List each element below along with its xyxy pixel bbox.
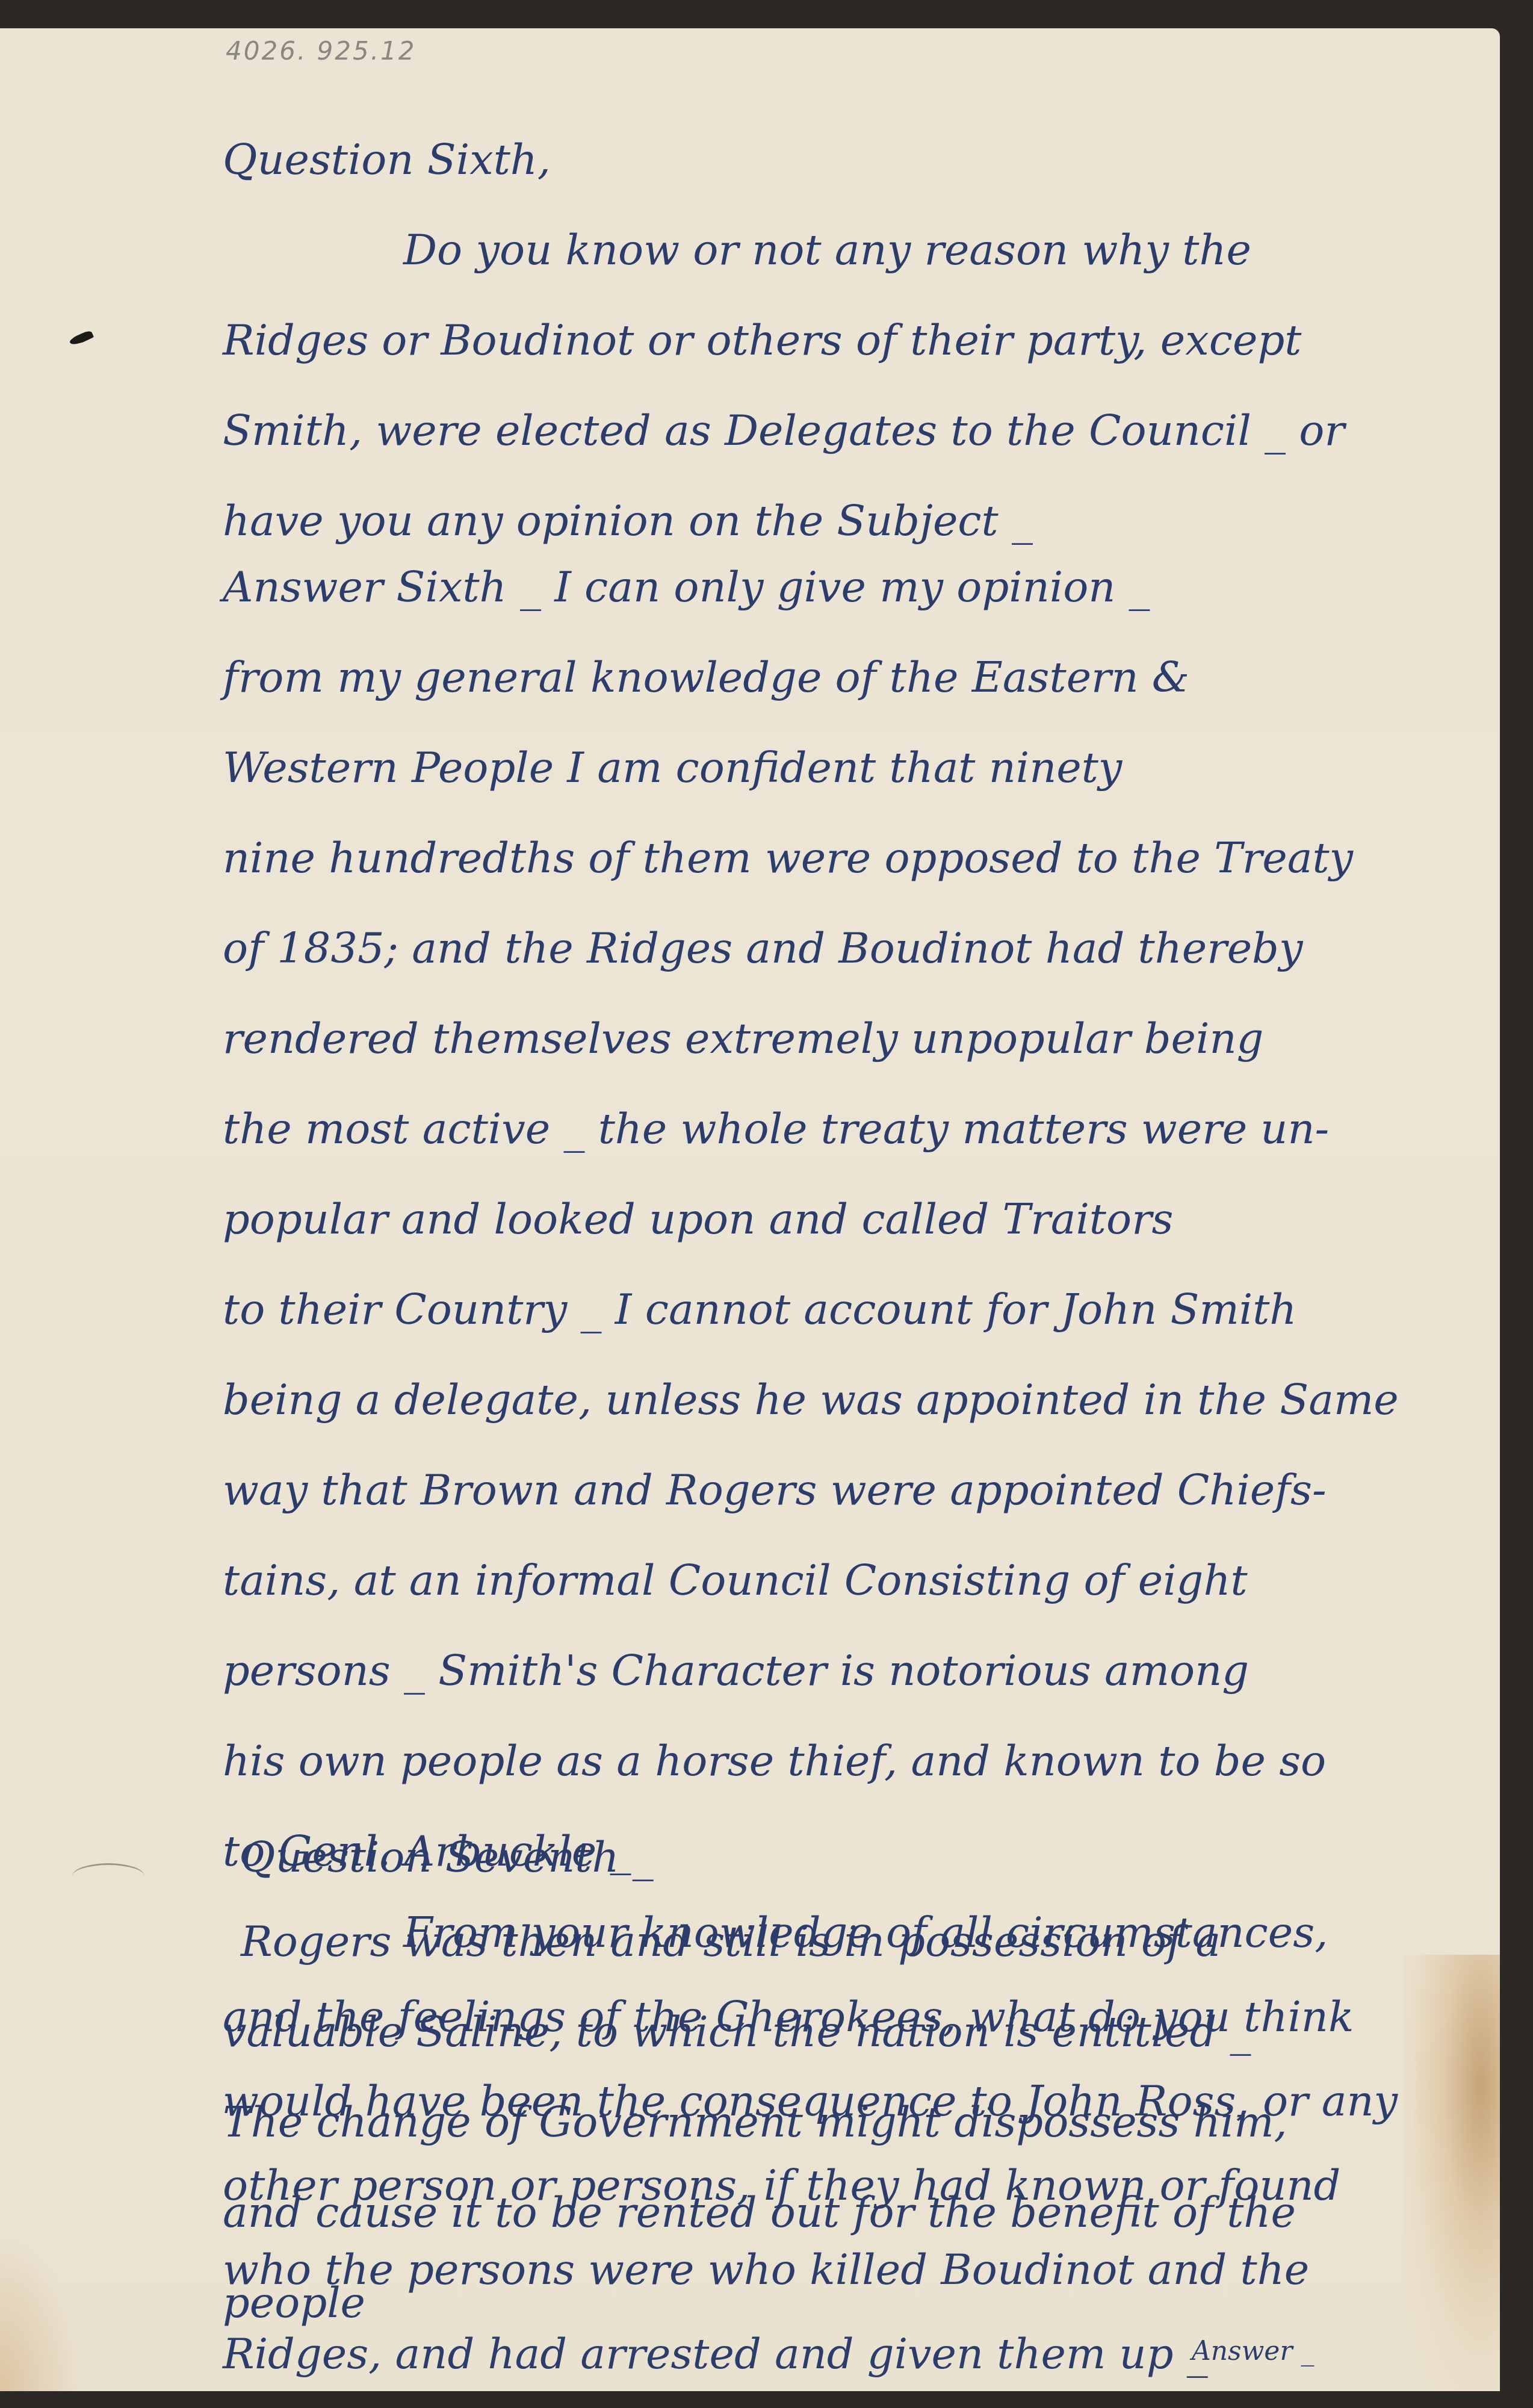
answer-line: tains, at an informal Council Consisting… (223, 1535, 1487, 1625)
corner-stain (0, 2235, 84, 2391)
answer-line: his own people as a horse thief, and kno… (223, 1716, 1487, 1806)
answer-line: to their Country _ I cannot account for … (223, 1264, 1487, 1354)
answer-line: the most active _ the whole treaty matte… (223, 1084, 1487, 1174)
answer-line: of 1835; and the Ridges and Boudinot had… (223, 903, 1487, 993)
question-line: Smith, were elected as Delegates to the … (223, 385, 1487, 476)
question-line: From your knowledge of all circumstances… (223, 1890, 1487, 1975)
answer-line: persons _ Smith's Character is notorious… (223, 1625, 1487, 1716)
question-line: other person or persons, if they had kno… (223, 2143, 1487, 2227)
answer-line: way that Brown and Rogers were appointed… (223, 1445, 1487, 1535)
margin-tear-mark (72, 1863, 144, 1889)
answer-line: being a delegate, unless he was appointe… (223, 1354, 1487, 1445)
question-seventh-heading: Question Seventh _ (223, 1824, 1487, 1890)
answer-line: Western People I am confident that ninet… (223, 722, 1487, 813)
answer-line: nine hundredths of them were opposed to … (223, 813, 1487, 903)
question-line: and the feelings of the Cherokees, what … (223, 1975, 1487, 2059)
answer-line: rendered themselves extremely unpopular … (223, 993, 1487, 1084)
catalog-number: 4026. 925.12 (226, 36, 417, 66)
answer-line: from my general knowledge of the Eastern… (223, 632, 1487, 722)
question-seventh-block: Question Seventh _ From your knowledge o… (223, 1824, 1487, 2396)
question-line: who the persons were who killed Boudinot… (223, 2227, 1487, 2312)
question-sixth-heading: Question Sixth, (223, 114, 1487, 205)
answer-line: popular and looked upon and called Trait… (223, 1174, 1487, 1264)
question-line: Ridges or Boudinot or others of their pa… (223, 295, 1487, 385)
question-line: would have been the consequence to John … (223, 2059, 1487, 2143)
question-sixth-block: Question Sixth, Do you know or not any r… (223, 114, 1487, 566)
catchword: Answer _ (1192, 2336, 1314, 2366)
answer-line: Answer Sixth _ I can only give my opinio… (223, 542, 1487, 632)
question-line: Do you know or not any reason why the (223, 205, 1487, 295)
